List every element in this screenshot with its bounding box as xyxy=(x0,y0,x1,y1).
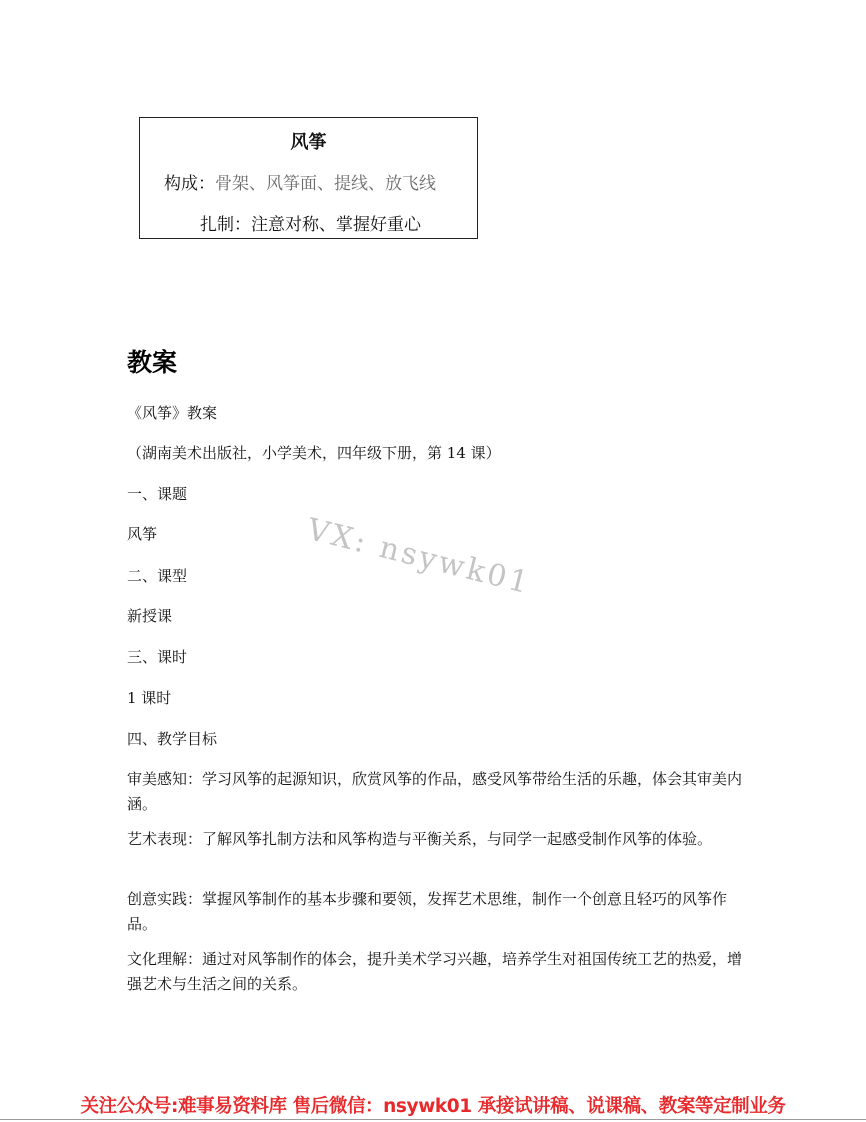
watermark: VX: nsywk01 xyxy=(304,512,535,601)
objective-expression: 艺术表现：了解风筝扎制方法和风筝构造与平衡关系，与同学一起感受制作风筝的体验。 xyxy=(127,827,747,852)
kite-binding-line: 扎制：注意对称、掌握好重心 xyxy=(200,210,421,235)
section-heading-topic: 一、课题 xyxy=(127,482,187,506)
section-heading-hours: 三、课时 xyxy=(127,645,187,669)
lesson-subtitle: 《风筝》教案 xyxy=(127,401,217,425)
footer-divider xyxy=(0,1119,866,1120)
binding-label: 扎制： xyxy=(200,215,251,235)
section-heading-type: 二、课型 xyxy=(127,564,187,588)
objective-aesthetic: 审美感知：学习风筝的起源知识，欣赏风筝的作品，感受风筝带给生活的乐趣，体会其审美… xyxy=(127,767,747,817)
kite-composition-line: 构成：骨架、风筝面、提线、放飞线 xyxy=(164,169,436,194)
section-heading-objectives: 四、教学目标 xyxy=(127,727,217,751)
composition-label: 构成： xyxy=(164,174,215,194)
kite-summary-box: 风筝 构成：骨架、风筝面、提线、放飞线 扎制：注意对称、掌握好重心 xyxy=(139,117,478,239)
binding-value: 注意对称、掌握好重心 xyxy=(251,215,421,235)
footer-banner: 关注公众号:难事易资料库 售后微信：nsywk01 承接试讲稿、说课稿、教案等定… xyxy=(0,1092,866,1122)
section-content-hours: 1 课时 xyxy=(127,686,171,710)
composition-value: 骨架、风筝面、提线、放飞线 xyxy=(215,174,436,194)
section-content-type: 新授课 xyxy=(127,604,172,628)
section-content-topic: 风筝 xyxy=(127,522,157,546)
lesson-source: （湖南美术出版社，小学美术，四年级下册，第 14 课） xyxy=(127,441,501,465)
objective-creative: 创意实践：掌握风筝制作的基本步骤和要领，发挥艺术思维，制作一个创意且轻巧的风筝作… xyxy=(127,887,747,937)
objective-culture: 文化理解：通过对风筝制作的体会，提升美术学习兴趣，培养学生对祖国传统工艺的热爱，… xyxy=(127,947,747,997)
page-title: 教案 xyxy=(127,343,177,379)
kite-box-title: 风筝 xyxy=(140,128,477,154)
